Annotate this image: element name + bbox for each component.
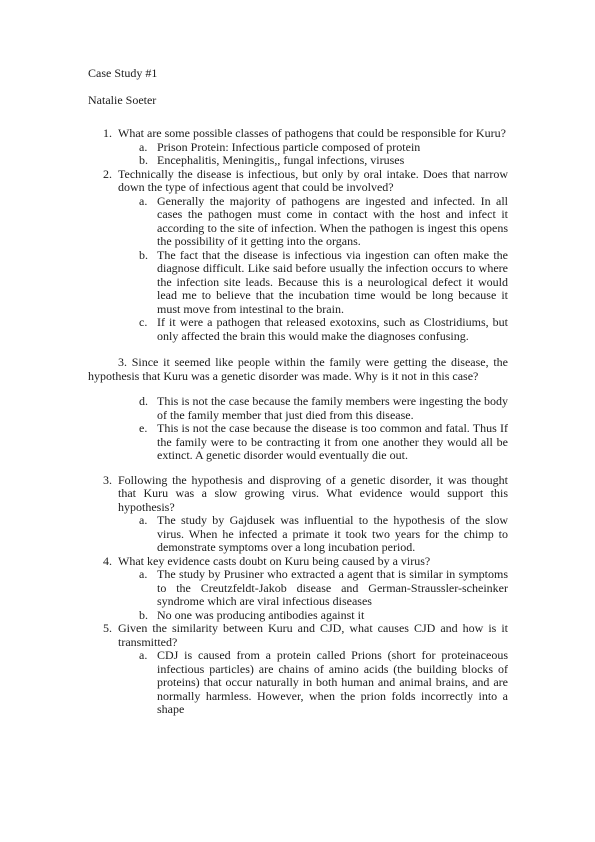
answer-letter: a. [139,514,147,528]
answer-text: Prison Protein: Infectious particle comp… [157,140,420,154]
answer-text: The fact that the disease is infectious … [157,248,508,316]
question-list-1: 1.What are some possible classes of path… [88,127,508,343]
answer-row: c.If it were a pathogen that released ex… [157,316,508,343]
question-item-2: 2.Technically the disease is infectious,… [88,168,508,344]
question-item-5: 5.Given the similarity between Kuru and … [88,622,508,717]
document-page: Case Study #1 Natalie Soeter 1.What are … [0,0,595,842]
answer-letter: a. [139,649,147,663]
question-number: 5. [103,622,112,636]
answer-letter: a. [139,195,147,209]
answer-letter: d. [139,395,148,409]
answer-text: The study by Gajdusek was influential to… [157,513,508,554]
question-number: 3. [103,474,112,488]
answer-row: a.Prison Protein: Infectious particle co… [157,141,508,155]
question-number: 1. [103,127,112,141]
answer-letter: b. [139,249,148,263]
answer-letter: a. [139,141,147,155]
answer-text: Generally the majority of pathogens are … [157,194,508,249]
question-number: 2. [103,168,112,182]
answer-row: b.No one was producing antibodies agains… [157,609,508,623]
answer-text: CDJ is caused from a protein called Prio… [157,648,508,716]
question-list-2: 3.Following the hypothesis and disprovin… [88,474,508,717]
answer-letter: b. [139,154,148,168]
answer-letter: e. [139,422,147,436]
answer-letter: b. [139,609,148,623]
question-row: 4.What key evidence casts doubt on Kuru … [118,555,508,569]
question-3-paragraph: 3. Since it seemed like people within th… [88,356,508,383]
answer-text: This is not the case because the family … [157,394,508,422]
question-text: Following the hypothesis and disproving … [118,473,508,514]
answer-row: a.The study by Prusiner who extracted a … [157,568,508,609]
answer-row: a.The study by Gajdusek was influential … [157,514,508,555]
question-item-1: 1.What are some possible classes of path… [88,127,508,168]
question-text: Given the similarity between Kuru and CJ… [118,621,508,649]
question-row: 1.What are some possible classes of path… [118,127,508,141]
question-item-3: 3.Following the hypothesis and disprovin… [88,474,508,555]
answer-letter: c. [139,316,147,330]
answer-text: If it were a pathogen that released exot… [157,315,508,343]
question-row: 2.Technically the disease is infectious,… [118,168,508,195]
answer-text: This is not the case because the disease… [157,421,508,462]
question-row: 3.Following the hypothesis and disprovin… [118,474,508,515]
question-row: 5.Given the similarity between Kuru and … [118,622,508,649]
question-item-4: 4.What key evidence casts doubt on Kuru … [88,555,508,623]
answer-row: a.CDJ is caused from a protein called Pr… [157,649,508,717]
page-title: Case Study #1 [88,67,508,81]
answer-text: No one was producing antibodies against … [157,608,364,622]
answer-row: a.Generally the majority of pathogens ar… [157,195,508,249]
answer-text: Encephalitis, Meningitis,, fungal infect… [157,153,404,167]
author-name: Natalie Soeter [88,94,508,108]
question-3-answers: d.This is not the case because the famil… [88,395,508,463]
answer-row: b.The fact that the disease is infectiou… [157,249,508,317]
question-text: What key evidence casts doubt on Kuru be… [118,554,430,568]
question-number: 4. [103,555,112,569]
question-text: Technically the disease is infectious, b… [118,167,508,195]
question-text: What are some possible classes of pathog… [118,126,506,140]
answer-text: The study by Prusiner who extracted a ag… [157,567,508,608]
answer-row: e.This is not the case because the disea… [157,422,508,463]
answer-row: d.This is not the case because the famil… [157,395,508,422]
answer-row: b.Encephalitis, Meningitis,, fungal infe… [157,154,508,168]
answer-letter: a. [139,568,147,582]
